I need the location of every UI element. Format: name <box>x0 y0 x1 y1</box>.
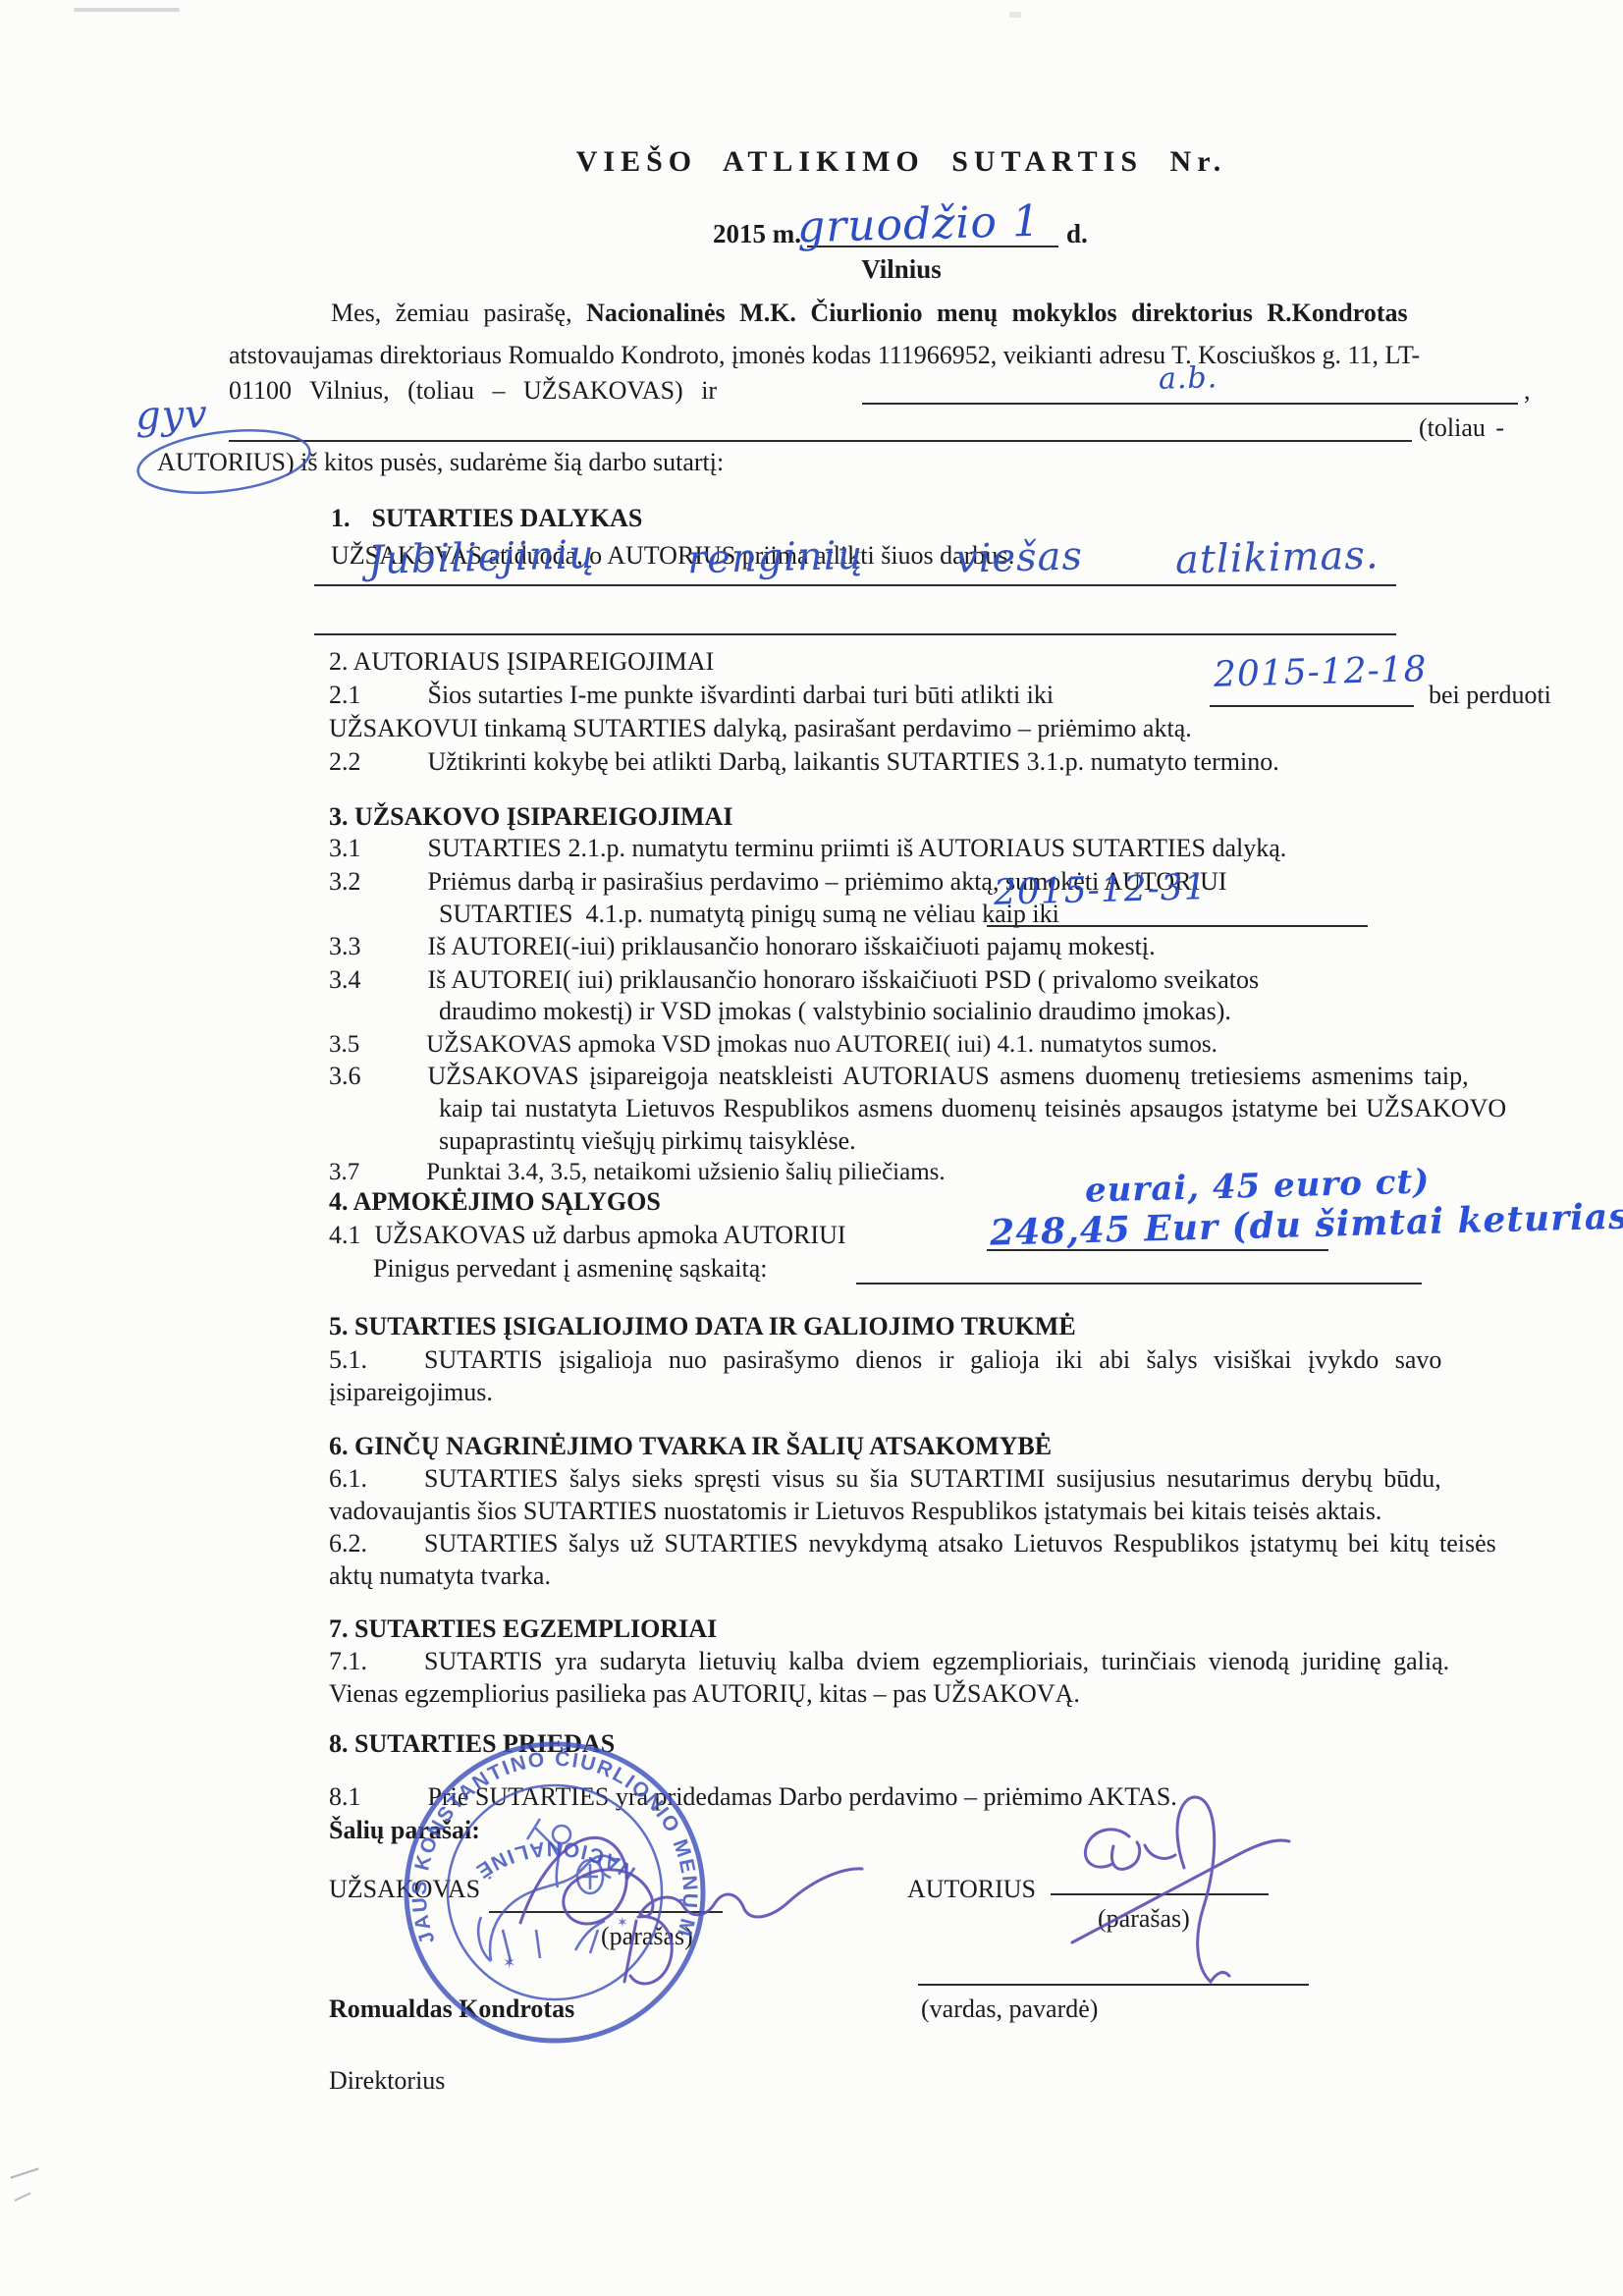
section-3-heading: 3. UŽSAKOVO ĮSIPAREIGOJIMAI <box>329 801 732 833</box>
section-1-title: SUTARTIES DALYKAS <box>372 504 643 532</box>
intro-line-5: AUTORIUS) iš kitos pusės, sudarėme šią d… <box>157 447 724 478</box>
item-number: 3.5 <box>329 1031 359 1058</box>
item-3-7: 3.7Punktai 3.4, 3.5, netaikomi užsienio … <box>329 1157 946 1188</box>
item-number: 3.4 <box>329 965 361 994</box>
item-text: Punktai 3.4, 3.5, netaikomi užsienio šal… <box>426 1159 945 1185</box>
section-1-heading: 1.SUTARTIES DALYKAS <box>331 503 642 534</box>
item-4-1: 4.1UŽSAKOVAS už darbus apmoka AUTORIUI <box>329 1220 846 1251</box>
scanned-contract-page: VIEŠO ATLIKIMO SUTARTIS Nr. 2015 m. gruo… <box>0 0 1623 2296</box>
blank-line <box>862 403 1518 405</box>
handwritten-gyv: gyv <box>135 392 208 439</box>
blank-line <box>314 584 1396 586</box>
item-3-6-continuation: kaip tai nustatyta Lietuvos Respublikos … <box>439 1093 1506 1124</box>
blank-line <box>1210 705 1414 707</box>
item-3-3: 3.3Iš AUTOREI(-iui) priklausančio honora… <box>329 931 1156 962</box>
handwritten-work-description: Jubiliejinių renginių viešas atlikimas. <box>368 535 1380 580</box>
section-1-number: 1. <box>331 504 351 532</box>
item-6-1-continuation: vadovaujantis šios SUTARTIES nuostatomis… <box>329 1496 1381 1527</box>
section-6-heading: 6. GINČŲ NAGRINĖJIMO TVARKA IR ŠALIŲ ATS… <box>329 1431 1052 1462</box>
item-text: UŽSAKOVAS apmoka VSD įmokas nuo AUTOREI(… <box>426 1031 1217 1058</box>
item-3-4: 3.4Iš AUTOREI( iui) priklausančio honora… <box>329 964 1259 996</box>
autorius-signature <box>1085 1830 1175 1869</box>
contract-title: VIEŠO ATLIKIMO SUTARTIS Nr. <box>576 145 1227 179</box>
handwritten-deadline-date: 2015-12-18 <box>1214 649 1429 695</box>
item-text: Iš AUTOREI( iui) priklausančio honoraro … <box>428 965 1260 994</box>
item-8-1: 8.1Prie SUTARTIES yra pridedamas Darbo p… <box>329 1781 1177 1813</box>
item-number: 3.6 <box>329 1062 361 1090</box>
section-2-heading: 2. AUTORIAUS ĮSIPAREIGOJIMAI <box>329 646 714 678</box>
section-8-heading: 8. SUTARTIES PRIEDAS <box>329 1728 615 1760</box>
item-text: SUTARTIS yra sudaryta lietuvių kalba dvi… <box>424 1647 1449 1675</box>
handwritten-word: Jubiliejinių <box>367 532 595 583</box>
blank-line <box>229 440 1412 442</box>
blank-line <box>987 925 1368 927</box>
item-6-2-continuation: aktų numatyta tvarka. <box>329 1560 551 1592</box>
intro-line-4-tail: (toliau - <box>1419 412 1504 444</box>
item-2-1: 2.1Šios sutarties I-me punkte išvardinti… <box>329 680 1054 711</box>
director-name: Romualdas Kondrotas <box>329 1994 574 2025</box>
item-2-1-tail: bei perduoti <box>1429 680 1551 711</box>
item-text: SUTARTIES šalys už SUTARTIES nevykdymą a… <box>424 1529 1496 1558</box>
item-3-2-continuation: SUTARTIES 4.1.p. numatytą pinigų sumą ne… <box>439 899 1059 930</box>
item-text: Prie SUTARTIES yra pridedamas Darbo perd… <box>428 1782 1177 1811</box>
handwritten-payment-date: 2015-12-31 <box>994 867 1209 913</box>
section-7-heading: 7. SUTARTIES EGZEMPLIORIAI <box>329 1613 717 1645</box>
item-5-1-continuation: įsipareigojimus. <box>329 1377 493 1408</box>
city-label: Vilnius <box>861 253 942 285</box>
item-3-6-continuation-2: supaprastintų viešųjų pirkimų taisyklėse… <box>439 1125 856 1157</box>
item-text: UŽSAKOVAS už darbus apmoka AUTORIUI <box>375 1221 846 1249</box>
item-number: 5.1. <box>329 1345 367 1374</box>
item-7-1-continuation: Vienas egzempliorius pasilieka pas AUTOR… <box>329 1678 1080 1710</box>
handwritten-initials: a.b. <box>1159 360 1218 397</box>
autorius-parasas-label: (parašas) <box>1098 1903 1190 1935</box>
intro-line-2: atstovaujamas direktoriaus Romualdo Kond… <box>229 340 1420 371</box>
uzsakovas-parasas-label: (parašas) <box>601 1921 693 1952</box>
item-3-5: 3.5UŽSAKOVAS apmoka VSD įmokas nuo AUTOR… <box>329 1029 1217 1061</box>
item-number: 8.1 <box>329 1782 361 1811</box>
director-role: Direktorius <box>329 2065 445 2097</box>
section-5-heading: 5. SUTARTIES ĮSIGALIOJIMO DATA IR GALIOJ… <box>329 1311 1076 1342</box>
item-2-2: 2.2Užtikrinti kokybę bei atlikti Darbą, … <box>329 746 1279 778</box>
item-number: 6.2. <box>329 1529 367 1558</box>
item-number: 6.1. <box>329 1464 367 1493</box>
item-number: 2.2 <box>329 747 361 776</box>
item-text: Užtikrinti kokybę bei atlikti Darbą, lai… <box>428 747 1279 776</box>
uzsakovas-label: UŽSAKOVAS <box>329 1874 480 1905</box>
intro-line-1-bold: Nacionalinės M.K. Čiurlionio menų mokykl… <box>586 299 1408 327</box>
pencil-mark <box>10 2167 38 2178</box>
item-number: 7.1. <box>329 1647 367 1675</box>
handwritten-word: viešas <box>955 533 1084 581</box>
item-number: 3.2 <box>329 867 361 896</box>
item-number: 3.7 <box>329 1159 359 1185</box>
intro-line-1-regular: Mes, žemiau pasirašę, <box>331 299 572 327</box>
item-number: 4.1 <box>329 1221 361 1249</box>
scan-artifact <box>1009 12 1021 18</box>
item-text: SUTARTIES šalys sieks spręsti visus su š… <box>424 1464 1441 1493</box>
item-number: 2.1 <box>329 681 361 709</box>
section-4-heading: 4. APMOKĖJIMO SĄLYGOS <box>329 1186 661 1218</box>
autorius-label: AUTORIUS <box>907 1874 1036 1905</box>
svg-text:NACIONALINĖ: NACIONALINĖ <box>470 1836 640 1884</box>
item-number: 3.3 <box>329 932 361 960</box>
item-text: UŽSAKOVAS įsipareigoja neatskleisti AUTO… <box>428 1062 1469 1090</box>
handwritten-word: atlikimas. <box>1175 532 1380 582</box>
date-suffix: d. <box>1066 218 1088 249</box>
item-7-1: 7.1.SUTARTIS yra sudaryta lietuvių kalba… <box>329 1646 1449 1677</box>
item-2-1-continuation: UŽSAKOVUI tinkamą SUTARTIES dalyką, pasi… <box>329 713 1192 744</box>
stamp-star-decor: ✶ <box>503 1955 515 1972</box>
item-text: Šios sutarties I-me punkte išvardinti da… <box>428 681 1055 709</box>
blank-line <box>314 633 1396 635</box>
item-3-4-continuation: draudimo mokestį) ir VSD įmokas ( valsty… <box>439 996 1231 1027</box>
item-6-1: 6.1.SUTARTIES šalys sieks spręsti visus … <box>329 1463 1441 1495</box>
item-text: Iš AUTOREI(-iui) priklausančio honoraro … <box>428 932 1156 960</box>
item-3-6: 3.6UŽSAKOVAS įsipareigoja neatskleisti A… <box>329 1061 1469 1092</box>
scan-artifact <box>74 8 180 12</box>
pencil-mark <box>14 2192 30 2201</box>
vytis-knight-emblem <box>478 1819 619 1961</box>
handwritten-word: renginių <box>686 533 863 583</box>
stamp-text-bottom: NACIONALINĖ <box>470 1836 640 1884</box>
autorius-signature-line <box>1051 1893 1269 1895</box>
item-6-2: 6.2.SUTARTIES šalys už SUTARTIES nevykdy… <box>329 1528 1496 1559</box>
uzsakovas-signature-line <box>489 1911 723 1913</box>
date-prefix: 2015 m. <box>713 218 801 249</box>
item-4-1-continuation: Pinigus pervedant į asmeninę sąskaitą: <box>373 1253 767 1285</box>
bank-account-blank-line <box>856 1283 1422 1285</box>
item-3-1: 3.1SUTARTIES 2.1.p. numatytu terminu pri… <box>329 833 1286 864</box>
autorius-signature-loop <box>1177 1797 1229 1982</box>
author-name-line <box>918 1984 1309 1986</box>
vardas-pavarde-label: (vardas, pavardė) <box>921 1994 1098 2025</box>
handwritten-date: gruodžio 1 <box>796 196 1041 252</box>
signatures-caption: Šalių parašai: <box>329 1815 480 1846</box>
intro-line-1: Mes, žemiau pasirašę, Nacionalinės M.K. … <box>331 298 1408 329</box>
item-text: SUTARTIES 2.1.p. numatytu terminu priimt… <box>428 834 1287 862</box>
intro-line-3: 01100 Vilnius, (toliau – UŽSAKOVAS) ir <box>229 375 717 407</box>
intro-comma: , <box>1524 375 1531 407</box>
item-text: SUTARTIS įsigalioja nuo pasirašymo dieno… <box>424 1345 1441 1374</box>
item-5-1: 5.1.SUTARTIS įsigalioja nuo pasirašymo d… <box>329 1344 1441 1376</box>
item-number: 3.1 <box>329 834 361 862</box>
